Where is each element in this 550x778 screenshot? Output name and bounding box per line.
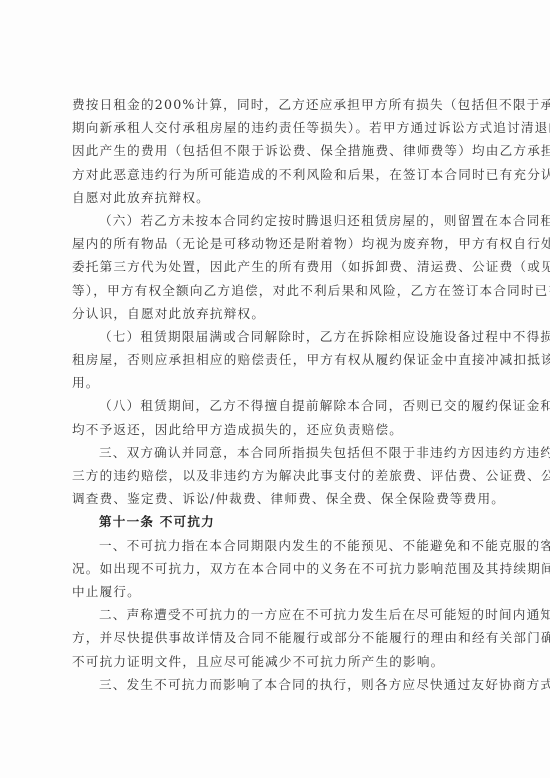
text-line: 三、发生不可抗力而影响了本合同的执行，则各方应尽快通过友好协商方式协商 (72, 673, 480, 696)
text-line: 一、不可抗力指在本合同期限内发生的不能预见、不能避免和不能克服的客观情 (72, 534, 480, 557)
text-line: 自愿对此放弃抗辩权。 (72, 186, 480, 209)
text-line: 屋内的所有物品（无论是可移动物还是附着物）均视为废弃物，甲方有权自行处置或 (72, 232, 480, 255)
text-line: （八）租赁期间，乙方不得擅自提前解除本合同，否则已交的履约保证金和租金 (72, 394, 480, 417)
text-line: 均不予返还，因此给甲方造成损失的，还应负责赔偿。 (72, 418, 480, 441)
text-line: 费按日租金的200%计算，同时，乙方还应承担甲方所有损失（包括但不限于承担未如 (72, 93, 480, 116)
document-page: 费按日租金的200%计算，同时，乙方还应承担甲方所有损失（包括但不限于承担未如 … (72, 93, 480, 696)
text-line: 不可抗力证明文件，且应尽可能减少不可抗力所产生的影响。 (72, 650, 480, 673)
text-line: 调查费、鉴定费、诉讼/仲裁费、律师费、保全费、保全保险费等费用。 (72, 487, 480, 510)
paragraph-force-majeure-2: 二、声称遭受不可抗力的一方应在不可抗力发生后在尽可能短的时间内通知另两 方，并尽… (72, 603, 480, 673)
text-line: 二、声称遭受不可抗力的一方应在不可抗力发生后在尽可能短的时间内通知另两 (72, 603, 480, 626)
text-line: 委托第三方代为处置，因此产生的所有费用（如拆卸费、清运费、公证费（或见证费） (72, 255, 480, 278)
text-line: 租房屋，否则应承担相应的赔偿责任，甲方有权从履约保证金中直接冲减扣抵该项费 (72, 348, 480, 371)
text-line: 分认识，自愿对此放弃抗辩权。 (72, 302, 480, 325)
text-line: 方，并尽快提供事故详情及合同不能履行或部分不能履行的理由和经有关部门确认的 (72, 626, 480, 649)
text-line: 况。如出现不可抗力，双方在本合同中的义务在不可抗力影响范围及其持续期间内将 (72, 557, 480, 580)
text-line: 等），甲方有权全额向乙方追偿，对此不利后果和风险，乙方在签订本合同时已有充 (72, 279, 480, 302)
paragraph-clause-6: （六）若乙方未按本合同约定按时腾退归还租赁房屋的，则留置在本合同租赁房 屋内的所… (72, 209, 480, 325)
paragraph-clause-8: （八）租赁期间，乙方不得擅自提前解除本合同，否则已交的履约保证金和租金 均不予返… (72, 394, 480, 440)
text-line: 三方的违约赔偿，以及非违约方为解决此事支付的差旅费、评估费、公证费、公告费、 (72, 464, 480, 487)
text-line: 三、双方确认并同意，本合同所指损失包括但不限于非违约方因违约方违约给第 (72, 441, 480, 464)
paragraph-continued: 费按日租金的200%计算，同时，乙方还应承担甲方所有损失（包括但不限于承担未如 … (72, 93, 480, 209)
paragraph-force-majeure-3: 三、发生不可抗力而影响了本合同的执行，则各方应尽快通过友好协商方式协商 (72, 673, 480, 696)
text-line: 因此产生的费用（包括但不限于诉讼费、保全措施费、律师费等）均由乙方承担。乙 (72, 139, 480, 162)
text-line: （六）若乙方未按本合同约定按时腾退归还租赁房屋的，则留置在本合同租赁房 (72, 209, 480, 232)
text-line: （七）租赁期限届满或合同解除时，乙方在拆除相应设施设备过程中不得损坏承 (72, 325, 480, 348)
text-line: 期向新承租人交付承租房屋的违约责任等损失）。若甲方通过诉讼方式追讨清退的， (72, 116, 480, 139)
text-line: 用。 (72, 371, 480, 394)
paragraph-clause-7: （七）租赁期限届满或合同解除时，乙方在拆除相应设施设备过程中不得损坏承 租房屋，… (72, 325, 480, 395)
paragraph-force-majeure-1: 一、不可抗力指在本合同期限内发生的不能预见、不能避免和不能克服的客观情 况。如出… (72, 534, 480, 604)
text-line: 中止履行。 (72, 580, 480, 603)
text-line: 方对此恶意违约行为所可能造成的不利风险和后果，在签订本合同时已有充分认识， (72, 163, 480, 186)
paragraph-section-3: 三、双方确认并同意，本合同所指损失包括但不限于非违约方因违约方违约给第 三方的违… (72, 441, 480, 511)
article-heading: 第十一条 不可抗力 (72, 510, 480, 533)
